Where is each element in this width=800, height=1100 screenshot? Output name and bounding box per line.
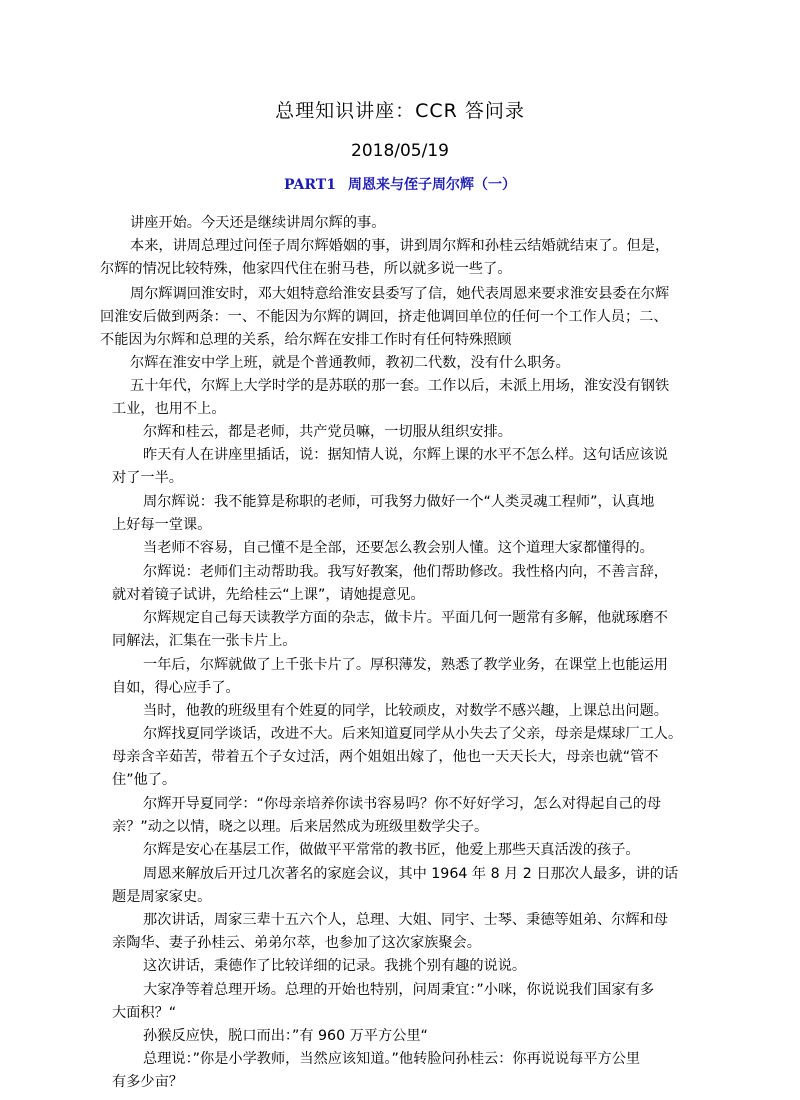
paragraph-line: 这次讲话，秉德作了比较详细的记录。我挑个别有趣的说说。 [143,955,526,977]
paragraph-line: 那次讲话，周家三辈十五六个人，总理、大姐、同宇、士琴、秉德等姐弟、尔辉和母 [143,909,668,931]
paragraph-line: 尔辉和桂云，都是老师，共产党员嘛，一切服从组织安排。 [143,421,512,443]
paragraph-line: 尔辉的情况比较特殊，他家四代住在驸马巷，所以就多说一些了。 [100,258,511,280]
paragraph-line: 对了一半。 [112,467,183,489]
paragraph-line: 一年后，尔辉就做了上千张卡片了。厚积薄发，熟悉了教学业务，在课堂上也能运用 [143,654,668,676]
paragraph-line: 周尔辉说：我不能算是称职的老师，可我努力做好一个“人类灵魂工程师”，认真地 [143,491,654,513]
paragraph-line: 亲陶华、妻子孙桂云、弟弟尔萃，也参加了这次家族聚会。 [112,932,481,954]
paragraph-line: 有多少亩？ [112,1071,183,1093]
paragraph-line: 亲？”动之以情，晓之以理。后来居然成为班级里数学尖子。 [112,816,488,838]
paragraph-line: 工业，也用不上。 [112,398,226,420]
paragraph-line: 当时，他教的班级里有个姓夏的同学，比较顽皮，对数学不感兴趣，上课总出问题。 [143,700,668,722]
paragraph-line: 大面积？“ [112,1002,176,1024]
paragraph-line: 尔辉规定自己每天读教学方面的杂志，做卡片。平面几何一题常有多解，他就琢磨不 [143,607,668,629]
document-date: 2018/05/19 [0,141,800,161]
paragraph-line: 周尔辉调回淮安时，邓大姐特意给淮安县委写了信，她代表周恩来要求淮安县委在尔辉 [130,283,669,305]
paragraph-line: 五十年代，尔辉上大学时学的是苏联的那一套。工作以后，未派上用场，淮安没有钢铁 [130,375,669,397]
part-tag: PART1 [284,177,336,193]
paragraph-line: 尔辉在淮安中学上班，就是个普通教师，教初二代数，没有什么职务。 [130,352,570,374]
paragraph-line: 尔辉是安心在基层工作，做做平平常常的教书匠，他爱上那些天真活泼的孩子。 [143,839,640,861]
paragraph-line: 大家净等着总理开场。总理的开始也特别，问周秉宜：”小咪，你说说我们国家有多 [143,979,654,1001]
paragraph-line: 就对着镜子试讲，先给桂云“上课”，请她提意见。 [112,584,425,606]
paragraph-line: 母亲含辛茹苦，带着五个子女过活，两个姐姐出嫁了，他也一天天长大，母亲也就“管不 [112,746,658,768]
paragraph-line: 周恩来解放后开过几次著名的家庭会议，其中 1964 年 8 月 2 日那次人最多… [143,863,678,885]
paragraph-line: 上好每一堂课。 [112,514,211,536]
paragraph-line: 尔辉开导夏同学：“你母亲培养你读书容易吗？你不好好学习，怎么对得起自己的母 [143,793,661,815]
paragraph-line: 回淮安后做到两条：一、不能因为尔辉的调回，挤走他调回单位的任何一个工作人员；二、 [100,306,668,328]
paragraph-line: 同解法，汇集在一张卡片上。 [112,630,296,652]
paragraph-line: 尔辉说：老师们主动帮助我。我写好教案，他们帮助修改。我性格内向，不善言辞， [143,561,668,583]
paragraph-line: 题是周家家史。 [112,886,211,908]
paragraph-line: 总理说：”你是小学教师，当然应该知道。”他转脸问孙桂云：你再说说每平方公里 [143,1048,640,1070]
paragraph-line: 昨天有人在讲座里插话，说：据知情人说，尔辉上课的水平不怎么样。这句话应该说 [143,444,668,466]
paragraph-line: 住”他了。 [112,769,176,791]
paragraph-line: 当老师不容易，自己懂不是全部，还要怎么教会别人懂。这个道理大家都懂得的。 [143,537,654,559]
paragraph-line: 自如，得心应手了。 [112,677,240,699]
paragraph-line: 本来，讲周总理过问侄子周尔辉婚姻的事，讲到周尔辉和孙桂云结婚就结束了。但是， [130,235,669,257]
paragraph-line: 讲座开始。今天还是继续讲周尔辉的事。 [130,212,385,234]
document-title: 总理知识讲座：CCR 答问录 [0,96,800,123]
paragraph-line: 尔辉找夏同学谈话，改进不大。后来知道夏同学从小失去了父亲，母亲是煤球厂工人。 [143,723,682,745]
part-title: 周恩来与侄子周尔辉（一） [348,177,516,193]
paragraph-line: 孙猴反应快，脱口而出：”有 960 万平方公里“ [143,1025,428,1047]
paragraph-line: 不能因为尔辉和总理的关系，给尔辉在安排工作时有任何特殊照顾 [100,329,511,351]
part-heading: PART1周恩来与侄子周尔辉（一） [0,174,800,194]
